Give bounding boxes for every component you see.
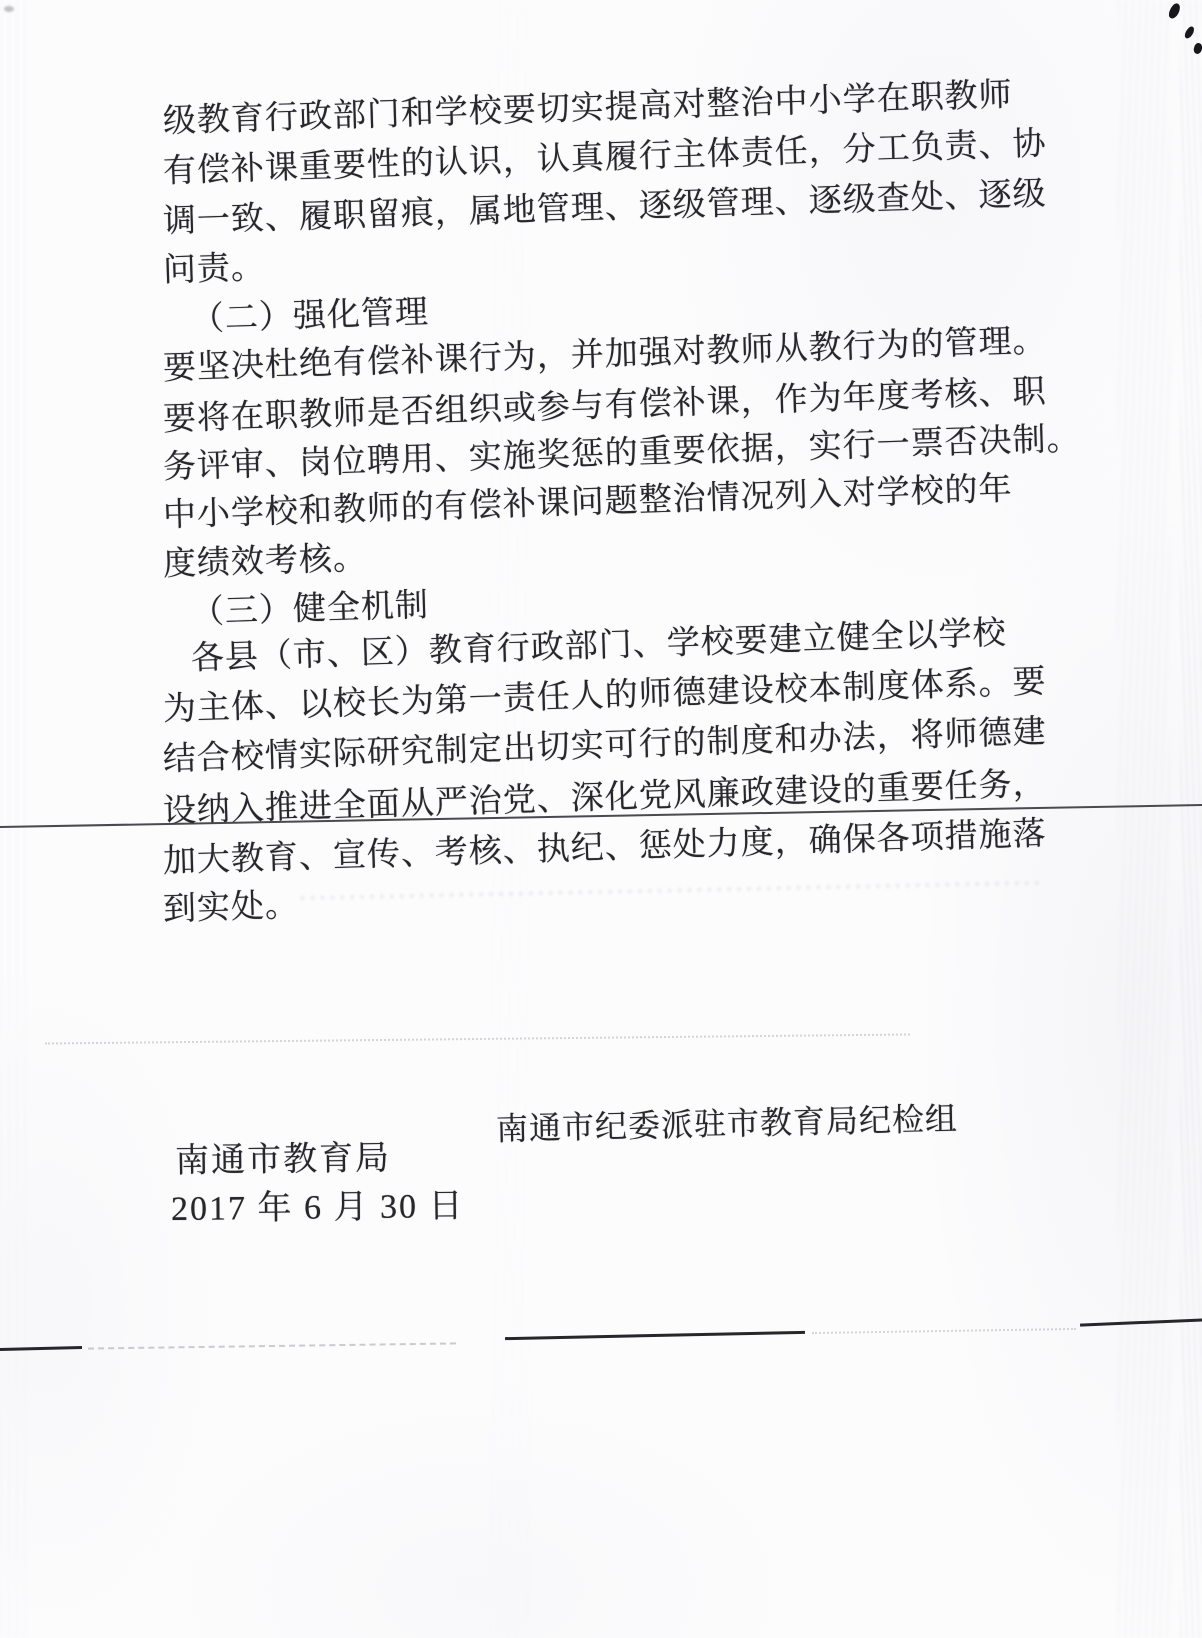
scan-line-segment-faint — [88, 1342, 456, 1349]
text-line: 到实处。 — [162, 884, 299, 932]
scan-fold-speckle-line — [45, 1033, 910, 1044]
scan-streak — [1180, 0, 1202, 1638]
ink-blot — [1192, 42, 1202, 55]
ink-blot — [4, 6, 14, 12]
scan-line-segment — [505, 1331, 805, 1340]
issuer-left: 南通市教育局 — [175, 1130, 392, 1182]
section-heading: （三）健全机制 — [162, 584, 429, 636]
scan-streak — [1118, 0, 1170, 1638]
scan-line-segment — [1080, 1318, 1202, 1326]
text-line: 问责。 — [162, 246, 265, 293]
scan-ghost-smudge — [300, 880, 1040, 900]
ink-blot — [1167, 2, 1182, 20]
scan-streak — [0, 0, 26, 1638]
scan-line-segment — [0, 1346, 82, 1351]
issue-date: 2017 年 6 月 30 日 — [171, 1178, 465, 1230]
scan-line-segment-faint — [812, 1328, 1076, 1334]
section-heading: （二）强化管理 — [162, 291, 429, 343]
issuer-right: 南通市纪委派驻市教育局纪检组 — [495, 1094, 958, 1150]
scanned-document-page: 级教育行政部门和学校要切实提高对整治中小学在职教师 有偿补课重要性的认识，认真履… — [0, 0, 1202, 1638]
ink-blot — [1183, 25, 1196, 40]
text-line: 度绩效考核。 — [162, 537, 367, 587]
